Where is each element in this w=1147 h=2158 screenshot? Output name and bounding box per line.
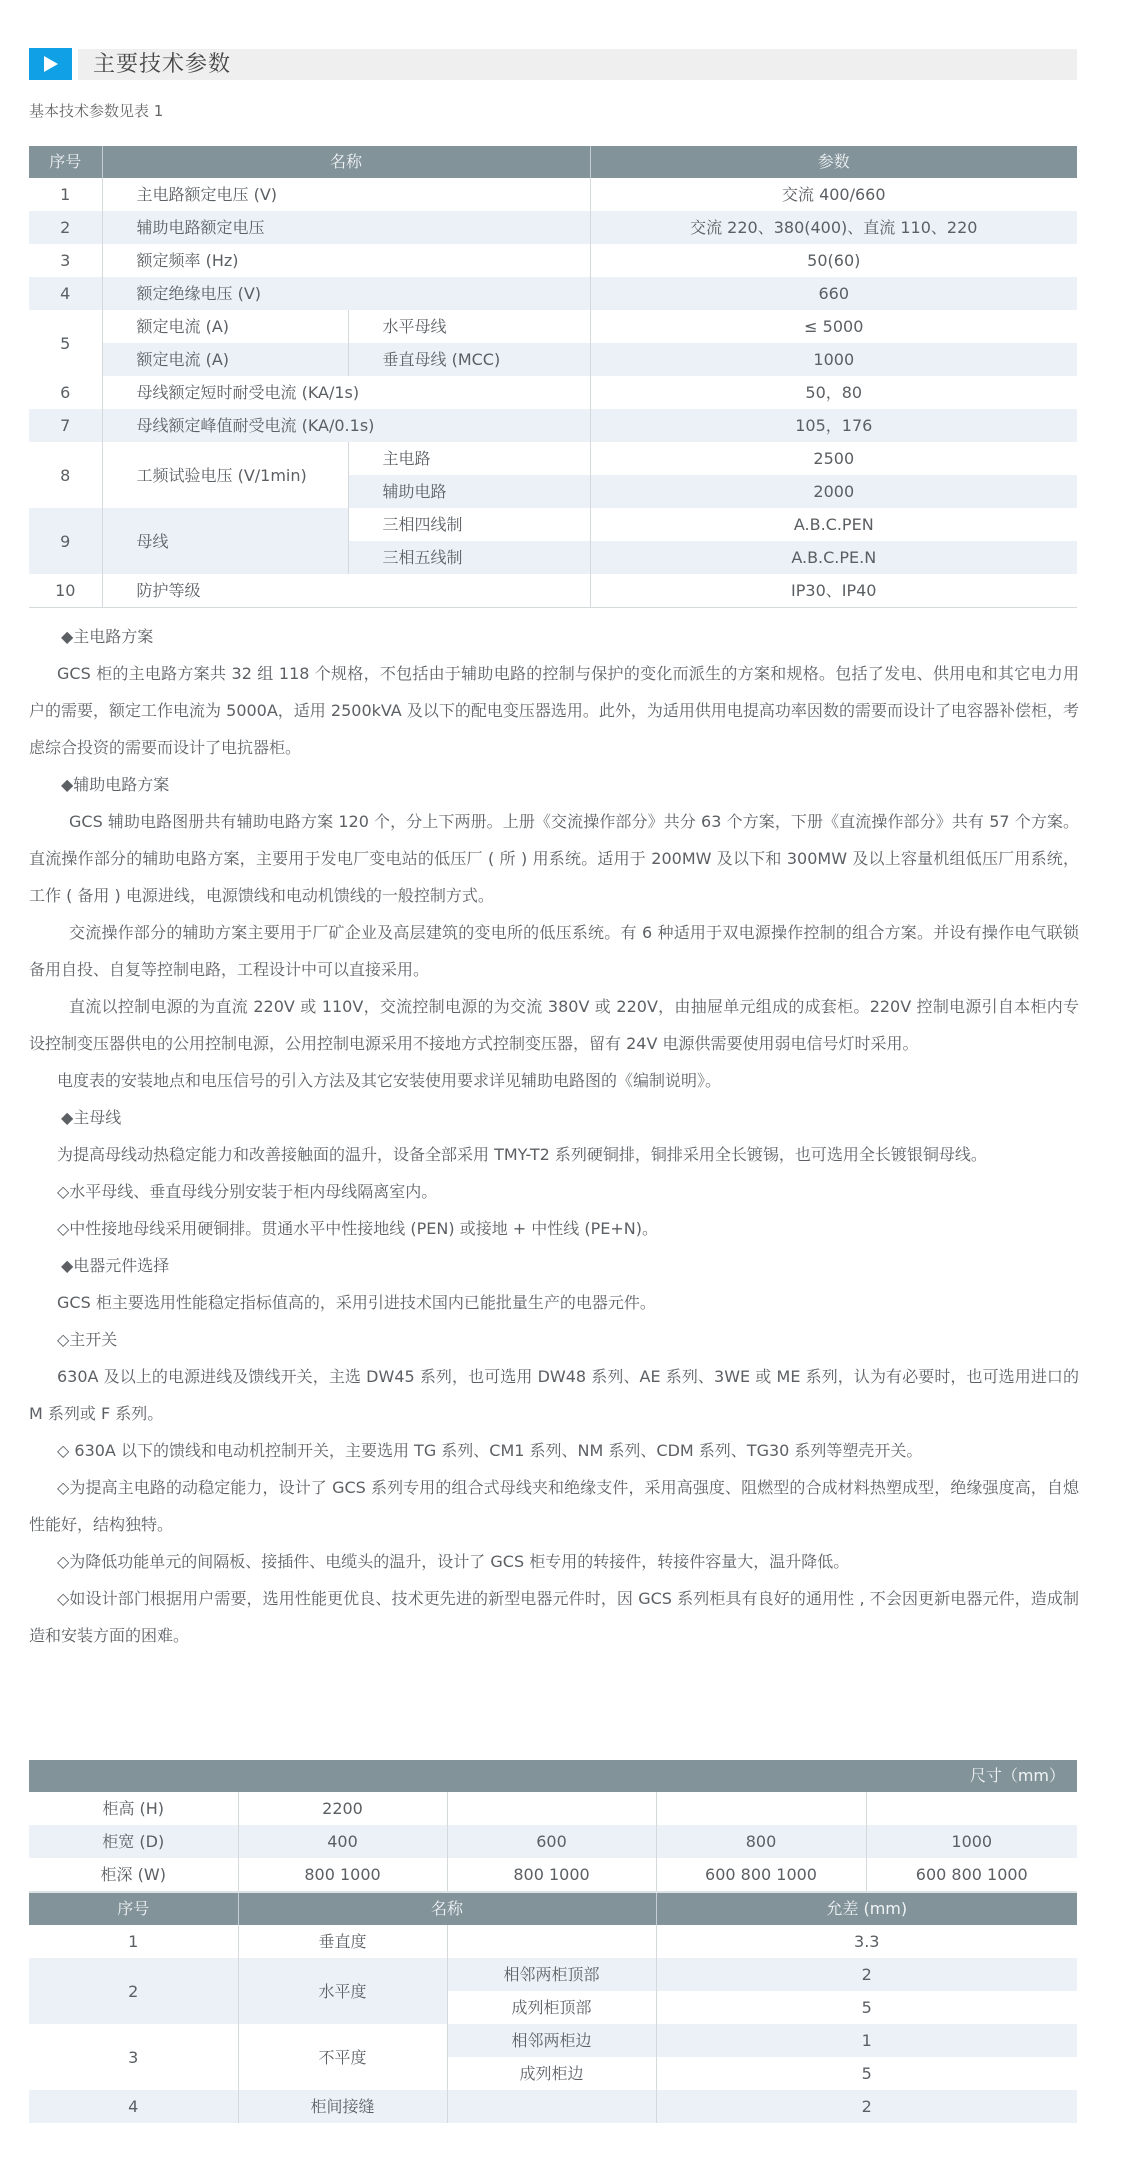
row-subname: 相邻两柜顶部 (447, 1958, 656, 1991)
header-no: 序号 (29, 1892, 238, 1925)
dimensions-tolerance-table: 尺寸（mm） 柜高 (H) 2200 柜宽 (D) 400 600 800 10… (29, 1760, 1077, 2123)
row-value: 5 (656, 1991, 1077, 2024)
row-subname (447, 2090, 656, 2123)
row-name: 水平度 (238, 1958, 447, 2024)
row-name: 不平度 (238, 2024, 447, 2090)
row-name: 额定电流 (A) (102, 343, 348, 376)
dim-value: 800 1000 (447, 1858, 656, 1892)
row-no: 3 (29, 244, 102, 277)
header-tolerance: 允差 (mm) (656, 1892, 1077, 1925)
row-subname: 水平母线 (348, 310, 590, 343)
paragraph: GCS 柜的主电路方案共 32 组 118 个规格，不包括由于辅助电路的控制与保… (29, 655, 1079, 766)
row-subname: 成列柜边 (447, 2057, 656, 2090)
dim-label: 柜高 (H) (29, 1792, 238, 1825)
paragraph: 交流操作部分的辅助方案主要用于厂矿企业及高层建筑的变电所的低压系统。有 6 种适… (29, 914, 1079, 988)
row-value: 2 (656, 2090, 1077, 2123)
row-no: 7 (29, 409, 102, 442)
table-row: 柜高 (H) 2200 (29, 1792, 1077, 1825)
row-subname: 相邻两柜边 (447, 2024, 656, 2057)
dim-value (447, 1792, 656, 1825)
row-name: 工频试验电压 (V/1min) (102, 442, 348, 508)
row-no: 4 (29, 277, 102, 310)
table-row: 10 防护等级 IP30、IP40 (29, 574, 1077, 608)
tolerance-header-row: 序号 名称 允差 (mm) (29, 1892, 1077, 1925)
row-value: 3.3 (656, 1925, 1077, 1958)
table-header-row: 序号 名称 参数 (29, 146, 1077, 178)
table-row: 4 额定绝缘电压 (V) 660 (29, 277, 1077, 310)
table-row: 9 母线 三相四线制 A.B.C.PEN (29, 508, 1077, 541)
dim-value: 1000 (866, 1825, 1077, 1858)
section-heading: 主要技术参数 (29, 48, 1077, 80)
table-row: 3 不平度 相邻两柜边 1 (29, 2024, 1077, 2057)
dim-value (866, 1792, 1077, 1825)
dim-label: 柜宽 (D) (29, 1825, 238, 1858)
paragraph: 为提高母线动热稳定能力和改善接触面的温升，设备全部采用 TMY-T2 系列硬铜排… (29, 1136, 1079, 1173)
header-no: 序号 (29, 146, 102, 178)
row-name: 额定电流 (A) (102, 310, 348, 343)
table-row: 额定电流 (A) 垂直母线 (MCC) 1000 (29, 343, 1077, 376)
table-row: 1 垂直度 3.3 (29, 1925, 1077, 1958)
row-value: A.B.C.PEN (590, 508, 1077, 541)
paragraph: GCS 柜主要选用性能稳定指标值高的，采用引进技术国内已能批量生产的电器元件。 (29, 1284, 1079, 1321)
row-name: 垂直度 (238, 1925, 447, 1958)
row-value: 交流 400/660 (590, 178, 1077, 211)
description-text: ◆主电路方案 GCS 柜的主电路方案共 32 组 118 个规格，不包括由于辅助… (29, 618, 1079, 1654)
header-value: 参数 (590, 146, 1077, 178)
row-no: 1 (29, 1925, 238, 1958)
dim-label: 柜深 (W) (29, 1858, 238, 1892)
row-subname: 三相四线制 (348, 508, 590, 541)
subheading-components: ◆电器元件选择 (29, 1247, 1079, 1284)
row-subname (447, 1925, 656, 1958)
row-value: IP30、IP40 (590, 574, 1077, 608)
dim-value: 800 1000 (238, 1858, 447, 1892)
table-row: 1 主电路额定电压 (V) 交流 400/660 (29, 178, 1077, 211)
row-subname: 辅助电路 (348, 475, 590, 508)
parameters-table: 序号 名称 参数 1 主电路额定电压 (V) 交流 400/660 2 辅助电路… (29, 146, 1077, 608)
row-name: 防护等级 (102, 574, 590, 608)
section-title: 主要技术参数 (93, 50, 231, 80)
row-value: 1000 (590, 343, 1077, 376)
row-name: 母线额定短时耐受电流 (KA/1s) (102, 376, 590, 409)
table-row: 4 柜间接缝 2 (29, 2090, 1077, 2123)
table-row: 6 母线额定短时耐受电流 (KA/1s) 50，80 (29, 376, 1077, 409)
row-subname: 成列柜顶部 (447, 1991, 656, 2024)
row-value: 1 (656, 2024, 1077, 2057)
row-no: 4 (29, 2090, 238, 2123)
dim-value: 600 (447, 1825, 656, 1858)
paragraph: GCS 辅助电路图册共有辅助电路方案 120 个，分上下两册。上册《交流操作部分… (29, 803, 1079, 914)
row-name: 主电路额定电压 (V) (102, 178, 590, 211)
paragraph: ◇为提高主电路的动稳定能力，设计了 GCS 系列专用的组合式母线夹和绝缘支件，采… (29, 1469, 1079, 1543)
table-row: 柜深 (W) 800 1000 800 1000 600 800 1000 60… (29, 1858, 1077, 1892)
row-name: 额定绝缘电压 (V) (102, 277, 590, 310)
row-value: 105，176 (590, 409, 1077, 442)
row-no: 2 (29, 211, 102, 244)
paragraph: 直流以控制电源的为直流 220V 或 110V，交流控制电源的为交流 380V … (29, 988, 1079, 1062)
row-value: 5 (656, 2057, 1077, 2090)
row-no: 9 (29, 508, 102, 574)
row-subname: 三相五线制 (348, 541, 590, 574)
dim-value: 400 (238, 1825, 447, 1858)
row-value: 660 (590, 277, 1077, 310)
paragraph: 630A 及以上的电源进线及馈线开关，主选 DW45 系列，也可选用 DW48 … (29, 1358, 1079, 1432)
paragraph: ◇主开关 (29, 1321, 1079, 1358)
row-name: 柜间接缝 (238, 2090, 447, 2123)
row-value: 2000 (590, 475, 1077, 508)
paragraph: ◇为降低功能单元的间隔板、接插件、电缆头的温升，设计了 GCS 柜专用的转接件，… (29, 1543, 1079, 1580)
paragraph: ◇如设计部门根据用户需要，选用性能更优良、技术更先进的新型电器元件时，因 GCS… (29, 1580, 1079, 1654)
row-value: 2 (656, 1958, 1077, 1991)
dim-value: 800 (656, 1825, 866, 1858)
row-subname: 垂直母线 (MCC) (348, 343, 590, 376)
row-no: 10 (29, 574, 102, 608)
row-value: 交流 220、380(400)、直流 110、220 (590, 211, 1077, 244)
header-name: 名称 (102, 146, 590, 178)
table-row: 5 额定电流 (A) 水平母线 ≤ 5000 (29, 310, 1077, 343)
row-name: 母线额定峰值耐受电流 (KA/0.1s) (102, 409, 590, 442)
paragraph: ◇水平母线、垂直母线分别安装于柜内母线隔离室内。 (29, 1173, 1079, 1210)
table-row: 2 水平度 相邻两柜顶部 2 (29, 1958, 1077, 1991)
row-name: 辅助电路额定电压 (102, 211, 590, 244)
row-value: A.B.C.PE.N (590, 541, 1077, 574)
paragraph: ◇中性接地母线采用硬铜排。贯通水平中性接地线 (PEN) 或接地 + 中性线 (… (29, 1210, 1079, 1247)
dim-value (656, 1792, 866, 1825)
row-no: 3 (29, 2024, 238, 2090)
subheading-aux-circuit: ◆辅助电路方案 (29, 766, 1079, 803)
row-value: 50(60) (590, 244, 1077, 277)
row-name: 额定频率 (Hz) (102, 244, 590, 277)
row-value: 2500 (590, 442, 1077, 475)
row-no: 2 (29, 1958, 238, 2024)
table-row: 3 额定频率 (Hz) 50(60) (29, 244, 1077, 277)
row-subname: 主电路 (348, 442, 590, 475)
header-name: 名称 (238, 1892, 656, 1925)
row-no: 5 (29, 310, 102, 376)
subheading-main-busbar: ◆主母线 (29, 1099, 1079, 1136)
table-row: 7 母线额定峰值耐受电流 (KA/0.1s) 105，176 (29, 409, 1077, 442)
dim-value: 600 800 1000 (866, 1858, 1077, 1892)
row-no: 8 (29, 442, 102, 508)
dim-value: 600 800 1000 (656, 1858, 866, 1892)
table-row: 2 辅助电路额定电压 交流 220、380(400)、直流 110、220 (29, 211, 1077, 244)
play-triangle-icon (29, 48, 72, 80)
row-name: 母线 (102, 508, 348, 574)
table-row: 柜宽 (D) 400 600 800 1000 (29, 1825, 1077, 1858)
intro-text: 基本技术参数见表 1 (29, 100, 163, 121)
paragraph: ◇ 630A 以下的馈线和电动机控制开关，主要选用 TG 系列、CM1 系列、N… (29, 1432, 1079, 1469)
row-value: ≤ 5000 (590, 310, 1077, 343)
dimensions-header: 尺寸（mm） (29, 1760, 1077, 1792)
paragraph: 电度表的安装地点和电压信号的引入方法及其它安装使用要求详见辅助电路图的《编制说明… (29, 1062, 1079, 1099)
row-value: 50，80 (590, 376, 1077, 409)
row-no: 6 (29, 376, 102, 409)
dim-value: 2200 (238, 1792, 447, 1825)
dimensions-header-row: 尺寸（mm） (29, 1760, 1077, 1792)
row-no: 1 (29, 178, 102, 211)
table-row: 8 工频试验电压 (V/1min) 主电路 2500 (29, 442, 1077, 475)
subheading-main-circuit: ◆主电路方案 (29, 618, 1079, 655)
